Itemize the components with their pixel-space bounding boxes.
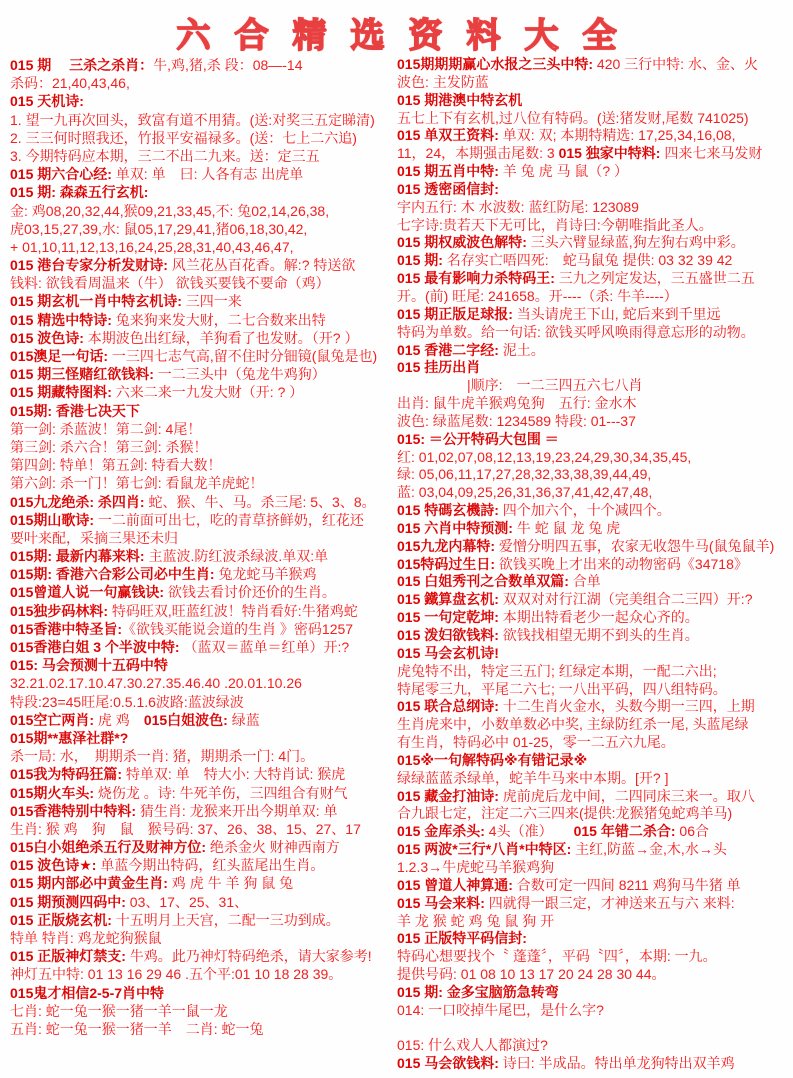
- line-body-text: 烧伤龙 。诗: 牛死羊伤，三四组合有财气: [94, 785, 348, 801]
- line-body-text: 牛鸡。此乃神灯特码绝杀，请大家参考!: [126, 948, 372, 964]
- line-body-text: 名存实亡唔四死: 蛇马鼠兔 提供: 03 32 39 42: [443, 252, 732, 268]
- text-line: 3. 今期特码应本期，三二不出二九来。送：定三五: [10, 147, 394, 165]
- line-heading-text: 015 特碼玄機詩:: [397, 502, 499, 518]
- line-body-text: 有生肖，特码必中 01-25，零一二五六九尾。: [397, 734, 675, 750]
- text-line: 015 期藏特图料: 六来二来一九发大财（开: ? ）: [10, 383, 394, 401]
- line-body-text: 本期出特看老少一起众心齐的。: [499, 609, 699, 625]
- line-body-text: 牛 蛇 鼠 龙 兔 虎: [513, 520, 620, 536]
- line-heading-text: 015我为特码狂篇:: [10, 766, 122, 782]
- line-body-text: 绝杀金火 财神西南方: [206, 839, 340, 855]
- line-body-text: 五肖: 蛇一兔一猴一猪一羊 二肖: 蛇一兔: [10, 1021, 264, 1037]
- text-line: 五肖: 蛇一兔一猴一猪一羊 二肖: 蛇一兔: [10, 1020, 394, 1038]
- text-line: 015期**惠泽社群*?: [10, 729, 394, 747]
- line-body-text: 牛,鸡,猪,杀 段：08—-14: [153, 57, 302, 73]
- text-line: 015我为特码狂篇: 特单双: 单 特大小: 大特肖试: 猴虎: [10, 765, 394, 783]
- text-line: 11，24，本期强击尾数: 3 015 独家中特料: 四来七来马发财: [397, 145, 789, 163]
- line-heading-text: 015 天机诗:: [10, 93, 84, 109]
- line-heading-text: 015 期权威波色解特:: [397, 234, 527, 250]
- line-body-text: 红: 01,02,07,08,12,13,19,23,24,29,30,34,3…: [397, 449, 691, 465]
- text-line: 1. 望一九再次回头，致富有道不用猜。(送:对奖三五定睇清): [10, 111, 394, 129]
- line-heading-text: 015 金库杀头:: [397, 823, 485, 839]
- text-line: 015 泼妇欲钱料: 欲钱找相望无期不到头的生肖。: [397, 627, 789, 645]
- text-line: 015九龙内幕特: 爱憎分明四五事，农家无收怨牛马(鼠兔鼠羊): [397, 538, 789, 556]
- line-heading-text: 015 两波*三行*八肖*中特区:: [397, 841, 571, 857]
- text-line: 32.21.02.17.10.47.30.27.35.46.40 .20.01.…: [10, 674, 394, 692]
- line-body-text: 4头（准）: [485, 823, 574, 839]
- line-body-text: 开。(前) 旺尾: 241658。开----（杀: 牛羊----）: [397, 288, 678, 304]
- line-body-text: 主红,防蓝→金,木,水→头: [571, 841, 727, 857]
- text-line: 015香港中特圣旨:《欲钱买能说会道的生肖 》密码1257: [10, 620, 394, 638]
- text-line: 绿: 05,06,11,17,27,28,32,33,38,39,44,49,: [397, 466, 789, 484]
- text-line: 015白小姐绝杀五行及财神方位: 绝杀金火 财神西南方: [10, 838, 394, 856]
- line-heading-text: 015特码过生日:: [397, 556, 495, 572]
- text-line: 七字诗:贵若天下无可比，肖诗曰:今朝唯指此圣人。: [397, 217, 789, 235]
- line-body-text: 羊 龙 猴 蛇 鸡 兔 鼠 狗 开: [397, 913, 554, 929]
- line-body-text: 神灯五中特: 01 13 16 29 46 .五个平:01 10 18 28 3…: [10, 966, 342, 982]
- text-line: 015 马会玄机诗!: [397, 645, 789, 663]
- line-heading-text: 015 年错二杀合:: [574, 823, 676, 839]
- line-heading-text: 015 期内部必中黄金生肖:: [10, 875, 168, 891]
- text-line: 015※一句解特码※有错记录※: [397, 752, 789, 770]
- text-line: 红: 01,02,07,08,12,13,19,23,24,29,30,34,3…: [397, 449, 789, 467]
- line-heading-text: 015 期三怪赌红欲钱料:: [10, 366, 154, 382]
- line-body-text: 015: 什么戏人人都演过?: [397, 1037, 548, 1053]
- text-line: |顺序: 一二三四五六七八肖: [397, 377, 789, 395]
- line-heading-text: 015: ＝公开特码大包围 ＝: [397, 431, 559, 447]
- line-heading-text: 015 六肖中特预测:: [397, 520, 513, 536]
- text-line: 015 期五肖中特: 羊 兔 虎 马 鼠（? ）: [397, 163, 789, 181]
- line-body-text: 合九跟七定，注定二六三四来(提供:龙猴猪兔蛇鸡羊马): [397, 805, 732, 821]
- text-line: 波色: 主发防蓝: [397, 74, 789, 92]
- line-body-text: 特段:23=45旺尾:0.5.1.6波路:蓝波绿波: [10, 694, 244, 710]
- line-heading-text: 015期**惠泽社群*?: [10, 730, 128, 746]
- text-line: 015期山歌诗: 一二前面可出七，吃的青草挤鲜奶，红花还: [10, 511, 394, 529]
- line-body-text: 第四剑: 特单！第五剑: 特看大数！: [10, 457, 222, 473]
- line-body-text: 爱憎分明四五事，农家无收怨牛马(鼠兔鼠羊): [495, 538, 774, 554]
- text-line: 015 期三怪赌红欲钱料: 一二三头中（兔龙牛鸡狗）: [10, 365, 394, 383]
- line-heading-text: 015 藏金打油诗:: [397, 788, 499, 804]
- text-line: 杀一局: 水， 期期杀一肖: 猪，期期杀一门: 4门。: [10, 747, 394, 765]
- line-body-text: 羊 兔 虎 马 鼠（? ）: [499, 163, 628, 179]
- text-line: 015 藏金打油诗: 虎前虎后龙中间，二四同床三来一。取八: [397, 788, 789, 806]
- line-body-text: 要叶来配，采摘三果还未归: [10, 530, 178, 546]
- line-heading-text: 015 期: 金多宝脑筋急转弯: [397, 984, 559, 1000]
- text-line: 要叶来配，采摘三果还未归: [10, 529, 394, 547]
- line-body-text: 杀码：21,40,43,46,: [10, 75, 130, 91]
- text-line: 特码为单数。给一句话: 欲钱买呼风唤雨得意忘形的动物。: [397, 324, 789, 342]
- line-heading-text: 015 正版烧玄机:: [10, 912, 112, 928]
- text-line: 015香港特别中特料: 猜生肖: 龙猴来开出今期单双: 单: [10, 802, 394, 820]
- text-line: 生肖: 猴 鸡 狗 鼠 猴号码: 37、26、38、15、27、17: [10, 820, 394, 838]
- text-line: 五七上下有玄机,过八位有特码。(送:猪发财,尾数 741025): [397, 110, 789, 128]
- text-line: 015特码过生日: 欲钱买晚上才出来的动物密码《34718》: [397, 556, 789, 574]
- line-body-text: 特码旺双,旺蓝红波！特肖看好:牛猪鸡蛇: [108, 603, 358, 619]
- line-body-text: 绿蓝: [228, 712, 260, 728]
- line-body-text: 2. 三三何时照我还，竹报平安福禄多。(送：七上二六追): [10, 130, 357, 146]
- line-body-text: 鸡 虎 牛 羊 狗 鼠 兔: [168, 875, 293, 891]
- line-heading-text: 015: 马会预测十五码中特: [10, 657, 168, 673]
- line-heading-text: 015 鐵算盘玄机:: [397, 591, 499, 607]
- text-line: 特尾零三九，平尾二六七; 一八出平码，四八组特码。: [397, 681, 789, 699]
- line-heading-text: 015 马会玄机诗!: [397, 645, 499, 661]
- line-heading-text: 015期火车头:: [10, 785, 94, 801]
- line-heading-text: 015澳足一句话:: [10, 348, 108, 364]
- line-body-text: 3. 今期特码应本期，三二不出二九来。送：定三五: [10, 148, 320, 164]
- line-body-text: 风兰花丛百花香。解:? 特送欲: [168, 257, 355, 273]
- line-body-text: 第六剑: 杀一门！第七剑: 看鼠龙羊虎蛇！: [10, 475, 264, 491]
- text-line: 015 香港二字经: 泥土。: [397, 342, 789, 360]
- line-heading-text: 015 期预测四码中:: [10, 894, 126, 910]
- text-line: 虎兔特不出，特定三五门; 红绿定本期，一配二六出;: [397, 663, 789, 681]
- line-body-text: 出肖: 鼠牛虎羊猴鸡兔狗 五行: 金水木: [397, 395, 637, 411]
- line-heading-text: 015 期 三杀之杀肖：: [10, 57, 153, 73]
- line-body-text: 波色: 主发防蓝: [397, 74, 489, 90]
- text-line: 015 正版烧玄机: 十五明月上天宫，二配一三功到成。: [10, 911, 394, 929]
- line-body-text: 十二生肖火金水，头数今期一三四，上期: [499, 698, 755, 714]
- text-line: 出肖: 鼠牛虎羊猴鸡兔狗 五行: 金水木: [397, 395, 789, 413]
- line-heading-text: 015期山歌诗:: [10, 512, 94, 528]
- text-line: 015 最有影响力杀特码王: 三九之列定发达，三五盛世二五: [397, 270, 789, 288]
- text-line: 钱料: 欲钱看周温来（牛） 欲钱买要钱不要命（鸡）: [10, 274, 394, 292]
- line-body-text: 生肖虎来中，小数单数必中奖, 主绿防红杀一尾, 头蓝尾绿: [397, 716, 749, 732]
- text-line: 015: 马会预测十五码中特: [10, 656, 394, 674]
- text-line: 015香港白姐 3 个半波中特: （蓝双＝蓝单＝红单）开:?: [10, 638, 394, 656]
- text-line: 015期期期赢心水报之三头中特: 420 三行中特: 水、金、火: [397, 56, 789, 74]
- text-line: 015 透密函信封:: [397, 181, 789, 199]
- line-body-text: 《欲钱买能说会道的生肖 》密码1257: [122, 621, 353, 637]
- text-line: 015 期玄机一肖中特玄机诗: 三四一来: [10, 292, 394, 310]
- line-body-text: 绿: 05,06,11,17,27,28,32,33,38,39,44,49,: [397, 466, 651, 482]
- line-heading-text: 015 联合总纲诗:: [397, 698, 499, 714]
- line-body-text: 泥土。: [499, 342, 545, 358]
- line-body-text: |顺序: 一二三四五六七八肖: [397, 377, 643, 393]
- text-line: 015 白姐秀刊之合数单双篇: 合单: [397, 573, 789, 591]
- line-heading-text: 015期: 香港七决天下: [10, 403, 140, 419]
- line-body-text: 一三四七志气高,留不住时分钿镜(鼠兔是也): [108, 348, 377, 364]
- line-heading-text: 015香港中特圣旨:: [10, 621, 122, 637]
- line-heading-text: 015 泼妇欲钱料:: [397, 627, 499, 643]
- text-line: 1.2.3→牛虎蛇马羊猴鸡狗: [397, 859, 789, 877]
- text-line: 合九跟七定，注定二六三四来(提供:龙猴猪兔蛇鸡羊马): [397, 805, 789, 823]
- text-line: 015 正版神灯禁支: 牛鸡。此乃神灯特码绝杀，请大家参考!: [10, 947, 394, 965]
- line-body-text: 03、17、25、31、: [126, 894, 248, 910]
- text-line: 015 期 三杀之杀肖：牛,鸡,猪,杀 段：08—-14: [10, 56, 394, 74]
- text-line: 015期火车头: 烧伤龙 。诗: 牛死羊伤，三四组合有财气: [10, 784, 394, 802]
- line-body-text: 主蓝波.防红波杀绿波.单双:单: [145, 548, 329, 564]
- line-heading-text: 015 波色诗:: [10, 330, 84, 346]
- text-line: 第三剑: 杀六合！第三剑: 杀猴！: [10, 438, 394, 456]
- text-line: 虎03,15,27,39,水: 鼠05,17,29,41,猪06,18,30,4…: [10, 220, 394, 238]
- text-line: 015 两波*三行*八肖*中特区: 主红,防蓝→金,木,水→头: [397, 841, 789, 859]
- line-heading-text: 015 期:: [397, 252, 443, 268]
- text-line: 015 波色诗: 本期波色出红绿，羊狗看了也发财。（开? ）: [10, 329, 394, 347]
- line-body-text: 四来七来马发财: [660, 145, 762, 161]
- line-body-text: + 01,10,11,12,13,16,24,25,28,31,40,43,46…: [10, 239, 294, 255]
- line-body-text: 六来二来一九发大财（开: ? ）: [112, 384, 303, 400]
- text-line: 015鬼才相信2-5-7肖中特: [10, 984, 394, 1002]
- line-body-text: 特码为单数。给一句话: 欲钱买呼风唤雨得意忘形的动物。: [397, 324, 755, 340]
- line-body-text: 四个加六个，十个减四个。: [499, 502, 671, 518]
- line-body-text: 兔来狗来发大财，二七合数来出特: [112, 312, 326, 328]
- text-line: [397, 1020, 789, 1038]
- line-body-text: 双双对对行江湖（完美组合二三四）开:?: [499, 591, 753, 607]
- line-body-text: 三头六臂显绿蓝,狗左狗右鸡中彩。: [527, 234, 745, 250]
- line-heading-text: 015 精选中特诗:: [10, 312, 112, 328]
- line-heading-text: 015 正版神灯禁支:: [10, 948, 126, 964]
- line-heading-text: 015 期五肖中特:: [397, 163, 499, 179]
- text-line: 015: 什么戏人人都演过?: [397, 1037, 789, 1055]
- text-line: 014: 一口咬掉牛尾巴，是什么字?: [397, 1002, 789, 1020]
- text-line: 有生肖，特码必中 01-25，零一二五六九尾。: [397, 734, 789, 752]
- line-heading-text: 015九龙绝杀: 杀四肖:: [10, 494, 145, 510]
- text-line: 特码心想要找个〝 蓬蓬〞，平码〝四〞，本期: 一九。: [397, 948, 789, 966]
- line-heading-text: 015香港特别中特料:: [10, 803, 136, 819]
- line-body-text: 第一剑: 杀蓝波！第二剑: 4尾！: [10, 421, 201, 437]
- line-body-text: 提供号码: 01 08 10 13 17 20 24 28 30 44。: [397, 966, 666, 982]
- text-line: 七肖: 蛇一兔一猴一猪一羊一鼠一龙: [10, 1002, 394, 1020]
- line-body-text: 欲钱去看讨价还价的生肖。: [164, 584, 336, 600]
- line-heading-text: 015独步码林料:: [10, 603, 108, 619]
- line-body-text: 钱料: 欲钱看周温来（牛） 欲钱买要钱不要命（鸡）: [10, 275, 330, 291]
- text-line: 015 正版特平码信封:: [397, 930, 789, 948]
- line-heading-text: 015曾道人说一句赢钱诀:: [10, 584, 164, 600]
- line-body-text: 七字诗:贵若天下无可比，肖诗曰:今朝唯指此圣人。: [397, 217, 713, 233]
- text-line: 2. 三三何时照我还，竹报平安福禄多。(送：七上二六追): [10, 129, 394, 147]
- text-line: 015独步码林料: 特码旺双,旺蓝红波！特肖看好:牛猪鸡蛇: [10, 602, 394, 620]
- line-heading-text: 015 单双王资料:: [397, 127, 499, 143]
- line-body-text: 06合: [676, 823, 709, 839]
- line-body-text: 014: 一口咬掉牛尾巴，是什么字?: [397, 1002, 604, 1018]
- line-body-text: 虎 鸡: [94, 712, 144, 728]
- line-body-text: 三四一来: [182, 293, 242, 309]
- line-heading-text: 015 马会来料:: [397, 895, 485, 911]
- text-line: 提供号码: 01 08 10 13 17 20 24 28 30 44。: [397, 966, 789, 984]
- line-heading-text: 015※一句解特码※有错记录※: [397, 752, 587, 768]
- line-body-text: 金: 鸡08,20,32,44,猴09,21,33,45,不: 兔02,14,2…: [10, 203, 329, 219]
- line-heading-text: 015 港台专家分析发财诗:: [10, 257, 168, 273]
- line-heading-text: 015 波色诗★:: [10, 857, 96, 873]
- text-line: 015 期: 金多宝脑筋急转弯: [397, 984, 789, 1002]
- text-line: 015: ＝公开特码大包围 ＝: [397, 431, 789, 449]
- text-line: 蓝: 03,04,09,25,26,31,36,37,41,42,47,48,: [397, 484, 789, 502]
- text-line: 015 期: 名存实亡唔四死: 蛇马鼠兔 提供: 03 32 39 42: [397, 252, 789, 270]
- line-heading-text: 015 期玄机一肖中特玄机诗:: [10, 293, 182, 309]
- line-body-text: 第三剑: 杀六合！第三剑: 杀猴！: [10, 439, 208, 455]
- line-heading-text: 015 曾道人神算通:: [397, 877, 513, 893]
- line-body-text: 兔龙蛇马羊猴鸡: [215, 566, 317, 582]
- line-body-text: 虎兔特不出，特定三五门; 红绿定本期，一配二六出;: [397, 663, 717, 679]
- text-line: 015 天机诗:: [10, 92, 394, 110]
- line-body-text: 欲钱买晚上才出来的动物密码《34718》: [495, 556, 748, 572]
- line-heading-text: 015 期藏特图料:: [10, 384, 112, 400]
- text-line: 015九龙绝杀: 杀四肖: 蛇、猴、牛、马。杀三尾: 5、3、8。: [10, 493, 394, 511]
- line-body-text: 波色: 绿蓝尾数: 1234589 特段: 01---37: [397, 413, 636, 429]
- text-line: 015 鐵算盘玄机: 双双对对行江湖（完美组合二三四）开:?: [397, 591, 789, 609]
- text-line: 015 期预测四码中: 03、17、25、31、: [10, 893, 394, 911]
- text-line: 特段:23=45旺尾:0.5.1.6波路:蓝波绿波: [10, 693, 394, 711]
- text-line: 神灯五中特: 01 13 16 29 46 .五个平:01 10 18 28 3…: [10, 965, 394, 983]
- line-heading-text: 015期: 最新内幕来料:: [10, 548, 145, 564]
- line-heading-text: 015 马会欲钱料:: [397, 1055, 499, 1071]
- text-line: 金: 鸡08,20,32,44,猴09,21,33,45,不: 兔02,14,2…: [10, 202, 394, 220]
- line-body-text: 1.2.3→牛虎蛇马羊猴鸡狗: [397, 859, 554, 875]
- line-body-text: 四就得一跟三定，才神送来五与六 来料:: [485, 895, 735, 911]
- line-body-text: 诗曰: 半成品。特出单龙狗特出双羊鸡: [499, 1055, 735, 1071]
- text-line: 015 期正版足球报: 当头请虎王下山, 蛇后来到千里远: [397, 306, 789, 324]
- text-line: 015空亡两肖: 虎 鸡 015白姐波色: 绿蓝: [10, 711, 394, 729]
- line-heading-text: 015空亡两肖:: [10, 712, 94, 728]
- line-body-text: 猜生肖: 龙猴来开出今期单双: 单: [136, 803, 337, 819]
- line-body-text: 单蓝今期出特码，红头蓝尾出生肖。: [96, 857, 324, 873]
- text-line: 015期: 香港七决天下: [10, 402, 394, 420]
- line-heading-text: 015鬼才相信2-5-7肖中特: [10, 985, 164, 1001]
- text-line: 015 期六合心经: 单双: 单 曰: 人各有志 出虎单: [10, 165, 394, 183]
- line-heading-text: 015白小姐绝杀五行及财神方位:: [10, 839, 206, 855]
- text-line: 015 马会欲钱料: 诗曰: 半成品。特出单龙狗特出双羊鸡: [397, 1055, 789, 1073]
- line-body-text: 合单: [569, 573, 601, 589]
- line-heading-text: 015香港白姐 3 个半波中特:: [10, 639, 180, 655]
- text-line: 015 六肖中特预测: 牛 蛇 鼠 龙 兔 虎: [397, 520, 789, 538]
- line-body-text: 生肖: 猴 鸡 狗 鼠 猴号码: 37、26、38、15、27、17: [10, 821, 361, 837]
- line-heading-text: 015白姐波色:: [144, 712, 228, 728]
- line-body-text: 特码心想要找个〝 蓬蓬〞，平码〝四〞，本期: 一九。: [397, 948, 717, 964]
- line-heading-text: 015 期港澳中特玄机: [397, 92, 522, 108]
- line-heading-text: 015 期正版足球报:: [397, 306, 513, 322]
- text-line: 第一剑: 杀蓝波！第二剑: 4尾！: [10, 420, 394, 438]
- text-line: 015期: 香港六合彩公司必中生肖: 兔龙蛇马羊猴鸡: [10, 565, 394, 583]
- line-heading-text: 015 白姐秀刊之合数单双篇:: [397, 573, 569, 589]
- line-body-text: 蓝: 03,04,09,25,26,31,36,37,41,42,47,48,: [397, 484, 652, 500]
- text-line: 015 期权威波色解特: 三头六臂显绿蓝,狗左狗右鸡中彩。: [397, 234, 789, 252]
- line-body-text: 蛇、猴、牛、马。杀三尾: 5、3、8。: [145, 494, 376, 510]
- line-body-text: 杀一局: 水， 期期杀一肖: 猪，期期杀一门: 4门。: [10, 748, 314, 764]
- text-line: 015 金库杀头: 4头（准） 015 年错二杀合: 06合: [397, 823, 789, 841]
- line-body-text: 合数可定一四间 8211 鸡狗马牛猪 单: [513, 877, 741, 893]
- line-body-text: 绿绿蓝蓝杀绿单，蛇羊牛马来中本期。[开? ]: [397, 770, 668, 786]
- line-body-text: 一二前面可出七，吃的青草挤鲜奶，红花还: [94, 512, 364, 528]
- line-heading-text: 015 一句定乾坤:: [397, 609, 499, 625]
- line-body-text: 宇内五行: 木 水波数: 蓝红防尾: 123089: [397, 199, 639, 215]
- line-body-text: 欲钱找相望无期不到头的生肖。: [499, 627, 699, 643]
- line-body-text: 当头请虎王下山, 蛇后来到千里远: [513, 306, 721, 322]
- line-body-text: 单双: 单 曰: 人各有志 出虎单: [112, 166, 303, 182]
- line-body-text: 特尾零三九，平尾二六七; 一八出平码，四八组特码。: [397, 681, 727, 697]
- text-line: 第六剑: 杀一门！第七剑: 看鼠龙羊虎蛇！: [10, 474, 394, 492]
- line-heading-text: 015期期期赢心水报之三头中特:: [397, 56, 593, 72]
- line-body-text: 五七上下有玄机,过八位有特码。(送:猪发财,尾数 741025): [397, 110, 749, 126]
- line-body-text: 三九之列定发达，三五盛世二五: [555, 270, 755, 286]
- line-body-text: 单双: 双; 本期特精选: 17,25,34,16,08,: [499, 127, 736, 143]
- text-line: 015 港台专家分析发财诗: 风兰花丛百花香。解:? 特送欲: [10, 256, 394, 274]
- line-body-text: 420 三行中特: 水、金、火: [593, 56, 758, 72]
- text-line: 杀码：21,40,43,46,: [10, 74, 394, 92]
- text-line: 015 期港澳中特玄机: [397, 92, 789, 110]
- text-line: 015 挂历出肖: [397, 359, 789, 377]
- line-heading-text: 015 期: 森森五行玄机:: [10, 184, 148, 200]
- right-column: 015期期期赢心水报之三头中特: 420 三行中特: 水、金、火波色: 主发防蓝…: [397, 56, 789, 1073]
- line-heading-text: 015 香港二字经:: [397, 342, 499, 358]
- line-heading-text: 015九龙内幕特:: [397, 538, 495, 554]
- line-body-text: 1. 望一九再次回头，致富有道不用猜。(送:对奖三五定睇清): [10, 112, 375, 128]
- line-body-text: 一二三头中（兔龙牛鸡狗）: [154, 366, 326, 382]
- text-line: 开。(前) 旺尾: 241658。开----（杀: 牛羊----）: [397, 288, 789, 306]
- line-heading-text: 015 期六合心经:: [10, 166, 112, 182]
- line-body-text: 32.21.02.17.10.47.30.27.35.46.40 .20.01.…: [10, 675, 302, 691]
- line-body-text: 本期波色出红绿，羊狗看了也发财。（开? ）: [84, 330, 359, 346]
- text-line: 015 期内部必中黄金生肖: 鸡 虎 牛 羊 狗 鼠 兔: [10, 874, 394, 892]
- text-line: 生肖虎来中，小数单数必中奖, 主绿防红杀一尾, 头蓝尾绿: [397, 716, 789, 734]
- line-body-text: 虎前虎后龙中间，二四同床三来一。取八: [499, 788, 755, 804]
- line-heading-text: 015 独家中特料:: [559, 145, 661, 161]
- text-line: 015 特碼玄機詩: 四个加六个，十个减四个。: [397, 502, 789, 520]
- line-heading-text: 015期: 香港六合彩公司必中生肖:: [10, 566, 215, 582]
- text-line: 宇内五行: 木 水波数: 蓝红防尾: 123089: [397, 199, 789, 217]
- text-line: 第四剑: 特单！第五剑: 特看大数！: [10, 456, 394, 474]
- left-column: 015 期 三杀之杀肖：牛,鸡,猪,杀 段：08—-14杀码：21,40,43,…: [10, 56, 394, 1038]
- line-body-text: 虎03,15,27,39,水: 鼠05,17,29,41,猪06,18,30,4…: [10, 221, 307, 237]
- page-title: 六合精选资料大全: [0, 8, 793, 57]
- text-line: 015澳足一句话: 一三四七志气高,留不住时分钿镜(鼠兔是也): [10, 347, 394, 365]
- line-body-text: （蓝双＝蓝单＝红单）开:?: [180, 639, 350, 655]
- text-line: 波色: 绿蓝尾数: 1234589 特段: 01---37: [397, 413, 789, 431]
- line-heading-text: 015 正版特平码信封:: [397, 930, 527, 946]
- text-line: 绿绿蓝蓝杀绿单，蛇羊牛马来中本期。[开? ]: [397, 770, 789, 788]
- text-line: 015 精选中特诗: 兔来狗来发大财，二七合数来出特: [10, 311, 394, 329]
- line-body-text: 十五明月上天宫，二配一三功到成。: [112, 912, 340, 928]
- text-line: 015曾道人说一句赢钱诀: 欲钱去看讨价还价的生肖。: [10, 583, 394, 601]
- line-body-text: 特单双: 单 特大小: 大特肖试: 猴虎: [122, 766, 345, 782]
- line-heading-text: 015 最有影响力杀特码王:: [397, 270, 555, 286]
- text-line: 015 联合总纲诗: 十二生肖火金水，头数今期一三四，上期: [397, 698, 789, 716]
- line-body-text: 七肖: 蛇一兔一猴一猪一羊一鼠一龙: [10, 1003, 228, 1019]
- line-body-text: 11，24，本期强击尾数: 3: [397, 145, 559, 161]
- line-heading-text: 015 挂历出肖: [397, 359, 480, 375]
- line-body-text: 特单 特肖: 鸡龙蛇狗猴鼠: [10, 930, 162, 946]
- text-line: 015期: 最新内幕来料: 主蓝波.防红波杀绿波.单双:单: [10, 547, 394, 565]
- text-line: 羊 龙 猴 蛇 鸡 兔 鼠 狗 开: [397, 913, 789, 931]
- text-line: 015 期: 森森五行玄机:: [10, 183, 394, 201]
- text-line: 015 马会来料: 四就得一跟三定，才神送来五与六 来料:: [397, 895, 789, 913]
- text-line: 015 波色诗★: 单蓝今期出特码，红头蓝尾出生肖。: [10, 856, 394, 874]
- text-line: + 01,10,11,12,13,16,24,25,28,31,40,43,46…: [10, 238, 394, 256]
- text-line: 特单 特肖: 鸡龙蛇狗猴鼠: [10, 929, 394, 947]
- text-line: 015 单双王资料: 单双: 双; 本期特精选: 17,25,34,16,08,: [397, 127, 789, 145]
- text-line: 015 曾道人神算通: 合数可定一四间 8211 鸡狗马牛猪 单: [397, 877, 789, 895]
- line-heading-text: 015 透密函信封:: [397, 181, 499, 197]
- text-line: 015 一句定乾坤: 本期出特看老少一起众心齐的。: [397, 609, 789, 627]
